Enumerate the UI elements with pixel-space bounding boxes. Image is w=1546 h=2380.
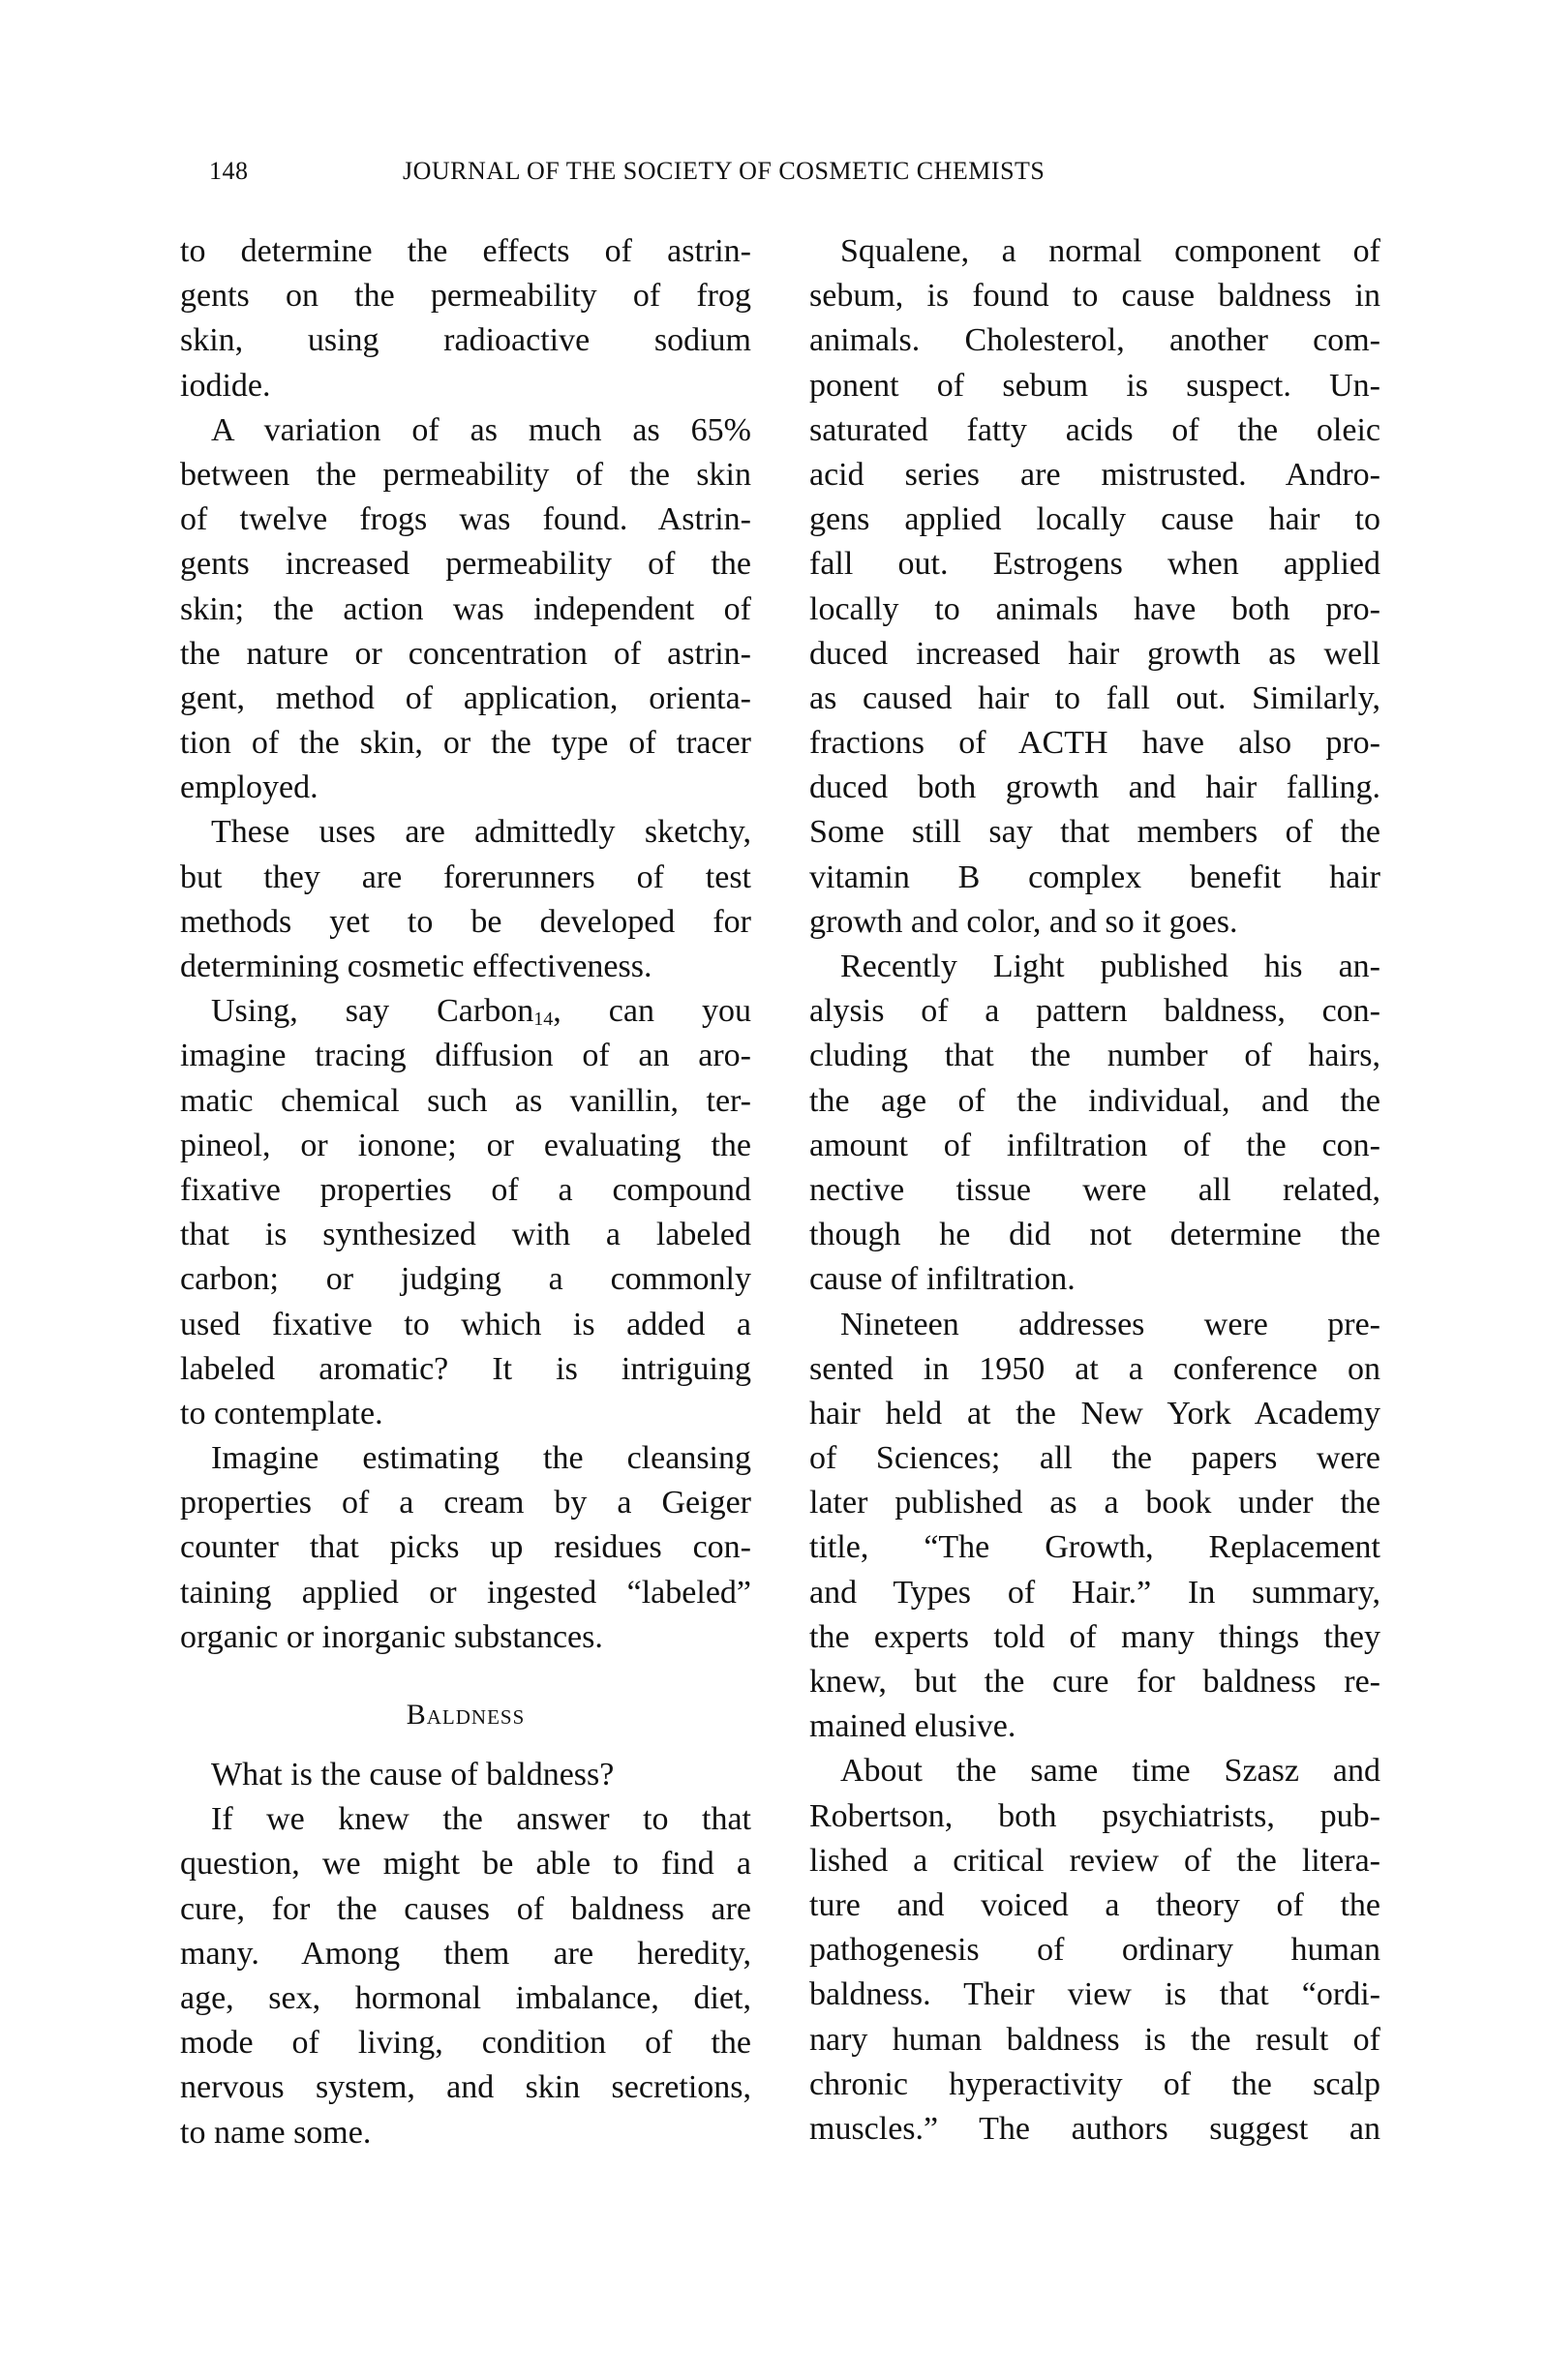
text-line: Robertson, both psychiatrists, pub- <box>809 1794 1380 1839</box>
text-line: labeled aromatic? It is intriguing <box>180 1347 751 1392</box>
text-line: duced both growth and hair falling. <box>809 766 1380 810</box>
text-line: later published as a book under the <box>809 1481 1380 1525</box>
text-line: to determine the effects of astrin- <box>180 229 751 274</box>
text-line: amount of infiltration of the con- <box>809 1124 1380 1168</box>
text-line: gent, method of application, orienta- <box>180 677 751 721</box>
text-line: growth and color, and so it goes. <box>809 900 1380 945</box>
text-line: muscles.” The authors suggest an <box>809 2107 1380 2152</box>
text-line: gens applied locally cause hair to <box>809 497 1380 542</box>
text-line: tion of the skin, or the type of tracer <box>180 721 751 766</box>
text-line: pineol, or ionone; or evaluating the <box>180 1124 751 1168</box>
text-line: mained elusive. <box>809 1704 1380 1749</box>
page-number: 148 <box>209 157 249 186</box>
text-line: and Types of Hair.” In summary, <box>809 1571 1380 1615</box>
text-line: determining cosmetic effectiveness. <box>180 945 751 989</box>
text-line: gents on the permeability of frog <box>180 274 751 318</box>
isotope-subscript: 14 <box>533 1009 553 1030</box>
text-line: properties of a cream by a Geiger <box>180 1481 751 1525</box>
text-line: cause of infiltration. <box>809 1257 1380 1302</box>
text-line: title, “The Growth, Replacement <box>809 1525 1380 1570</box>
text-line: many. Among them are heredity, <box>180 1932 751 1976</box>
text-line: lished a critical review of the litera- <box>809 1839 1380 1883</box>
text-line: skin; the action was independent of <box>180 587 751 632</box>
text-line: used fixative to which is added a <box>180 1303 751 1347</box>
text-line: gents increased permeability of the <box>180 542 751 587</box>
text-line: between the permeability of the skin <box>180 453 751 497</box>
text-line: pathogenesis of ordinary human <box>809 1928 1380 1973</box>
text-line: If we knew the answer to that <box>180 1797 751 1842</box>
text-line: knew, but the cure for baldness re- <box>809 1660 1380 1704</box>
left-column-body-before-heading: to determine the effects of astrin-gents… <box>180 229 751 1660</box>
text-line: nervous system, and skin secretions, <box>180 2065 751 2110</box>
text-line: locally to animals have both pro- <box>809 587 1380 632</box>
right-column: Squalene, a normal component ofsebum, is… <box>809 229 1380 2152</box>
text-line: Some still say that members of the <box>809 810 1380 855</box>
text-line: Imagine estimating the cleansing <box>180 1436 751 1481</box>
text-line: mode of living, condition of the <box>180 2021 751 2065</box>
text-line: baldness. Their view is that “ordi- <box>809 1973 1380 2017</box>
text-line: A variation of as much as 65% <box>180 408 751 453</box>
text-line: counter that picks up residues con- <box>180 1525 751 1570</box>
text-line: that is synthesized with a labeled <box>180 1213 751 1257</box>
text-line: as caused hair to fall out. Similarly, <box>809 677 1380 721</box>
text-line: fall out. Estrogens when applied <box>809 542 1380 587</box>
text-line: though he did not determine the <box>809 1213 1380 1257</box>
text-line: acid series are mistrusted. Andro- <box>809 453 1380 497</box>
section-heading-baldness: Baldness <box>180 1685 751 1745</box>
text-line: Squalene, a normal component of <box>809 229 1380 274</box>
text-line: question, we might be able to find a <box>180 1842 751 1886</box>
text-line: but they are forerunners of test <box>180 856 751 900</box>
text-line: of twelve frogs was found. Astrin- <box>180 497 751 542</box>
text-line: skin, using radioactive sodium <box>180 318 751 363</box>
text-line: imagine tracing diffusion of an aro- <box>180 1034 751 1078</box>
text-line: alysis of a pattern baldness, con- <box>809 989 1380 1034</box>
text-line: Nineteen addresses were pre- <box>809 1303 1380 1347</box>
text-line: the experts told of many things they <box>809 1615 1380 1660</box>
left-column: to determine the effects of astrin-gents… <box>180 229 751 2155</box>
text-line: the nature or concentration of astrin- <box>180 632 751 677</box>
text-line: to contemplate. <box>180 1392 751 1436</box>
text-line: ponent of sebum is suspect. Un- <box>809 364 1380 408</box>
text-line: sebum, is found to cause baldness in <box>809 274 1380 318</box>
text-line: organic or inorganic substances. <box>180 1615 751 1660</box>
text-line: fractions of ACTH have also pro- <box>809 721 1380 766</box>
text-line: iodide. <box>180 364 751 408</box>
text-line: age, sex, hormonal imbalance, diet, <box>180 1976 751 2021</box>
left-column-body-after-heading: What is the cause of baldness?If we knew… <box>180 1753 751 2155</box>
text-line: What is the cause of baldness? <box>180 1753 751 1797</box>
text-line: nective tissue were all related, <box>809 1168 1380 1213</box>
text-line: animals. Cholesterol, another com- <box>809 318 1380 363</box>
text-line: About the same time Szasz and <box>809 1749 1380 1793</box>
text-line: These uses are admittedly sketchy, <box>180 810 751 855</box>
running-header: 148 JOURNAL OF THE SOCIETY OF COSMETIC C… <box>209 157 1342 196</box>
text-line: hair held at the New York Academy <box>809 1392 1380 1436</box>
text-line: fixative properties of a compound <box>180 1168 751 1213</box>
text-line: ture and voiced a theory of the <box>809 1883 1380 1928</box>
text-line: carbon; or judging a commonly <box>180 1257 751 1302</box>
text-line: vitamin B complex benefit hair <box>809 856 1380 900</box>
text-line: taining applied or ingested “labeled” <box>180 1571 751 1615</box>
right-column-body: Squalene, a normal component ofsebum, is… <box>809 229 1380 2152</box>
text-line: the age of the individual, and the <box>809 1079 1380 1124</box>
journal-title: JOURNAL OF THE SOCIETY OF COSMETIC CHEMI… <box>403 157 1045 186</box>
text-line: Using, say Carbon14, can you <box>180 989 751 1034</box>
text-line: of Sciences; all the papers were <box>809 1436 1380 1481</box>
text-line: sented in 1950 at a conference on <box>809 1347 1380 1392</box>
text-line: nary human baldness is the result of <box>809 2018 1380 2063</box>
text-line: cure, for the causes of baldness are <box>180 1887 751 1932</box>
text-line: Recently Light published his an- <box>809 945 1380 989</box>
text-line: employed. <box>180 766 751 810</box>
text-line: chronic hyperactivity of the scalp <box>809 2063 1380 2107</box>
text-line: methods yet to be developed for <box>180 900 751 945</box>
text-line: cluding that the number of hairs, <box>809 1034 1380 1078</box>
text-line: saturated fatty acids of the oleic <box>809 408 1380 453</box>
text-line: matic chemical such as vanillin, ter- <box>180 1079 751 1124</box>
text-line: to name some. <box>180 2111 751 2155</box>
text-line: duced increased hair growth as well <box>809 632 1380 677</box>
